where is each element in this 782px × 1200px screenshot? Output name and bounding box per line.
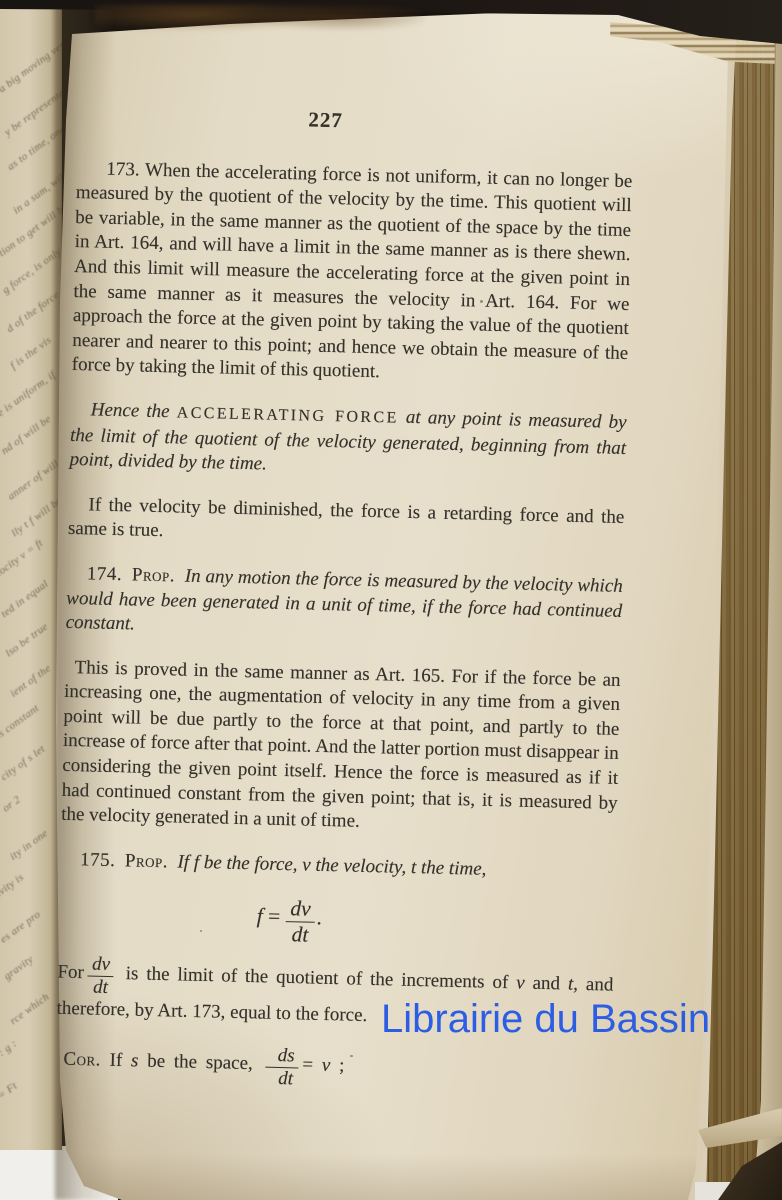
paragraph-175: 175. Prop. If f be the force, v the velo… xyxy=(60,848,616,886)
prop-label: Prop. xyxy=(125,850,169,872)
left-page-fragment: avity is xyxy=(0,871,26,901)
paragraph-corollary: Cor. If s be the space, dsdt= v ; xyxy=(55,1041,612,1097)
left-page-fragment: f : g : xyxy=(0,1037,19,1062)
left-page-fragment: e is uniform, if xyxy=(0,369,58,419)
accelerating-force-caps: ACCELERATING FORCE xyxy=(177,404,399,426)
left-page-fragment: ted in equal xyxy=(0,578,51,620)
left-page-fragment: a big moving ver- xyxy=(0,37,62,95)
left-page-fragment: lso be true xyxy=(3,621,50,660)
top-edge-stain xyxy=(95,4,425,30)
left-page-fragment: = Ft xyxy=(0,1080,20,1102)
left-page-fragment: or 2 xyxy=(0,793,23,814)
fraction-dv-dt: dvdt xyxy=(87,955,114,998)
fraction-dv-dt: dvdt xyxy=(286,898,315,946)
paragraph-hence: Hence the ACCELERATING FORCE at any poin… xyxy=(69,398,627,486)
formula-f-equals-dv-dt: f =dvdt. xyxy=(58,892,615,953)
paragraph-174: 174. Prop. In any motion the force is me… xyxy=(65,562,623,649)
left-page-fragment: nd of will be xyxy=(0,413,54,457)
fraction-ds-dt: dsdt xyxy=(265,1046,299,1089)
book-photo: a big moving ver-y be represented byas t… xyxy=(0,0,782,1200)
left-page-fragment: lly t f will be xyxy=(9,495,62,540)
paragraph-173: 173. When the accelerating force is not … xyxy=(71,157,632,391)
left-page-fragment: d of the force xyxy=(4,289,61,335)
left-page-fragment: ient of the xyxy=(8,662,53,700)
left-page-fragment: ity in one xyxy=(8,827,51,863)
left-page-gutter: a big moving ver-y be represented byas t… xyxy=(0,0,62,1150)
paragraph-174-proof: This is proved in the same manner as Art… xyxy=(61,656,621,841)
left-page-fragment: rce which xyxy=(8,991,52,1027)
page-text-block: 227 173. When the accelerating force is … xyxy=(54,102,633,1117)
cor-label: Cor. xyxy=(63,1049,101,1071)
left-page-fragment: f is the vis xyxy=(8,334,54,372)
left-page-fragment: city of s let xyxy=(0,743,47,783)
watermark: Librairie du Bassin xyxy=(381,997,710,1042)
left-page-fragment: anner of will be xyxy=(6,449,62,502)
left-page-fragment: es are pro xyxy=(0,908,43,945)
prop-label: Prop. xyxy=(132,564,176,586)
paragraph-retarding: If the velocity be diminished, the force… xyxy=(68,493,625,555)
left-page-fragment: gravity xyxy=(2,953,36,982)
left-page-fragment: is constant xyxy=(0,702,41,741)
left-page-fragment: locity v = ft xyxy=(0,537,45,579)
